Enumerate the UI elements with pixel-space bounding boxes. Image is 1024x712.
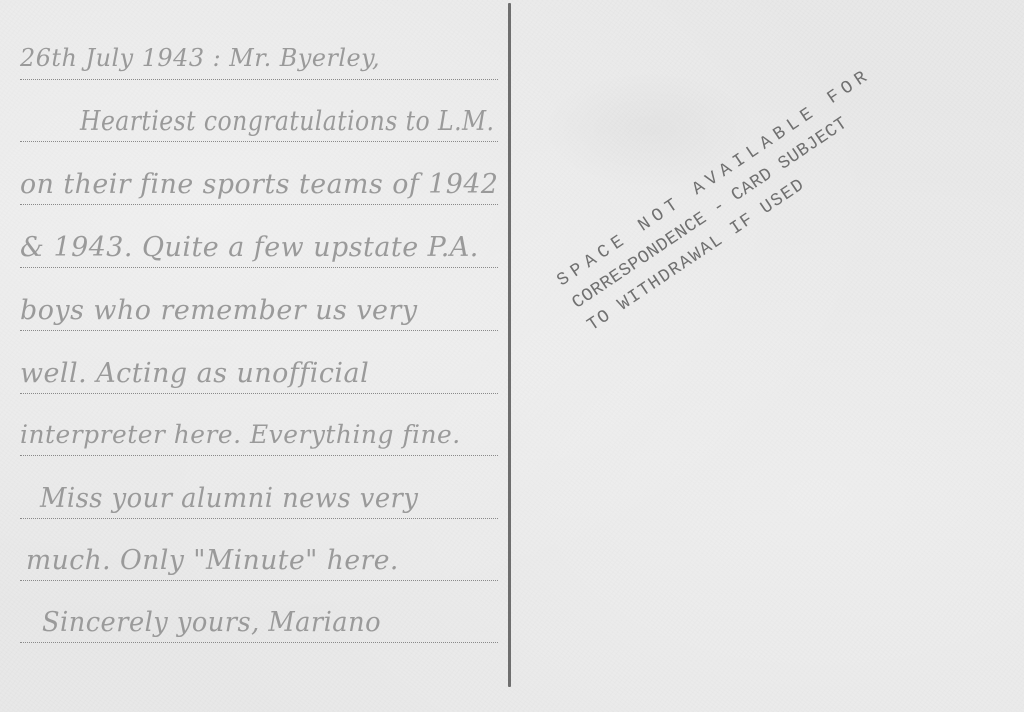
ruled-line	[20, 204, 498, 205]
ruled-line	[20, 330, 498, 331]
message-line-date-salutation: 26th July 1943 : Mr. Byerley,	[20, 44, 498, 72]
message-line: on their fine sports teams of 1942	[20, 169, 496, 200]
message-line: well. Acting as unofficial	[20, 358, 498, 389]
ruled-line	[20, 393, 498, 394]
ruled-line	[20, 79, 498, 80]
message-panel: 26th July 1943 : Mr. Byerley, Heartiest …	[0, 0, 505, 712]
postcard-back: 26th July 1943 : Mr. Byerley, Heartiest …	[0, 0, 1024, 712]
ruled-line	[20, 267, 498, 268]
message-line: interpreter here. Everything fine.	[20, 420, 498, 449]
message-line: Heartiest congratulations to L.M.	[80, 106, 498, 137]
message-line-signature: Sincerely yours, Mariano	[42, 607, 498, 638]
message-line: boys who remember us very	[20, 295, 498, 326]
ruled-line	[20, 518, 498, 519]
ruled-line	[20, 455, 498, 456]
ruled-line	[20, 141, 498, 142]
center-divider	[508, 3, 511, 687]
message-line: & 1943. Quite a few upstate P.A.	[20, 232, 498, 263]
message-line: much. Only "Minute" here.	[26, 545, 498, 576]
ruled-line	[20, 580, 498, 581]
ruled-line	[20, 642, 498, 643]
message-line: Miss your alumni news very	[40, 483, 498, 514]
